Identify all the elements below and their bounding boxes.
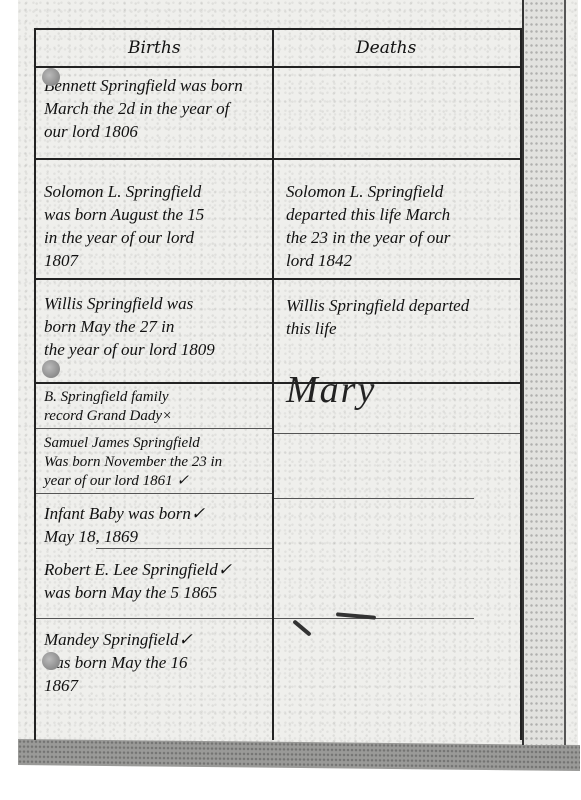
deaths-column-header: Deaths [356, 38, 416, 58]
birth-entry-mandey: Mandey Springfield✓ was born May the 16 … [44, 628, 193, 697]
punch-hole-icon [42, 68, 60, 86]
row-rule [274, 433, 520, 434]
birth-entry-samuel: Samuel James Springfield Was born Novemb… [44, 434, 222, 491]
top-rule [36, 28, 520, 30]
header-rule [36, 66, 520, 68]
row-rule [36, 618, 272, 619]
punch-hole-icon [42, 652, 60, 670]
right-margin-strip [522, 0, 566, 745]
birth-entry-willis: Willis Springfield was born May the 27 i… [44, 292, 215, 361]
ink-mark [292, 619, 311, 636]
page-bottom-edge [18, 739, 580, 771]
birth-entry-infant: Infant Baby was born✓ May 18, 1869 [44, 502, 205, 548]
row-rule [36, 382, 520, 384]
column-header-row: Births Deaths [36, 28, 520, 64]
row-rule [36, 428, 272, 429]
death-entry-willis: Willis Springfield departed this life [286, 294, 469, 340]
row-rule [274, 498, 474, 499]
birth-entry-solomon: Solomon L. Springfield was born August t… [44, 180, 204, 272]
row-rule [96, 548, 272, 549]
birth-entry-bennett: Bennett Springfield was born March the 2… [44, 74, 243, 143]
row-rule [36, 493, 272, 494]
signature-mary: Mary [286, 368, 376, 412]
family-record-note: B. Springfield family record Grand Dady× [44, 388, 172, 426]
row-rule [36, 158, 520, 160]
column-divider [272, 28, 274, 740]
punch-hole-icon [42, 360, 60, 378]
birth-entry-robert: Robert E. Lee Springfield✓ was born May … [44, 558, 232, 604]
death-entry-solomon: Solomon L. Springfield departed this lif… [286, 180, 450, 272]
family-record-ledger: Births Deaths Bennett Springfield was bo… [34, 28, 522, 740]
row-rule [36, 278, 520, 280]
births-column-header: Births [128, 38, 181, 58]
